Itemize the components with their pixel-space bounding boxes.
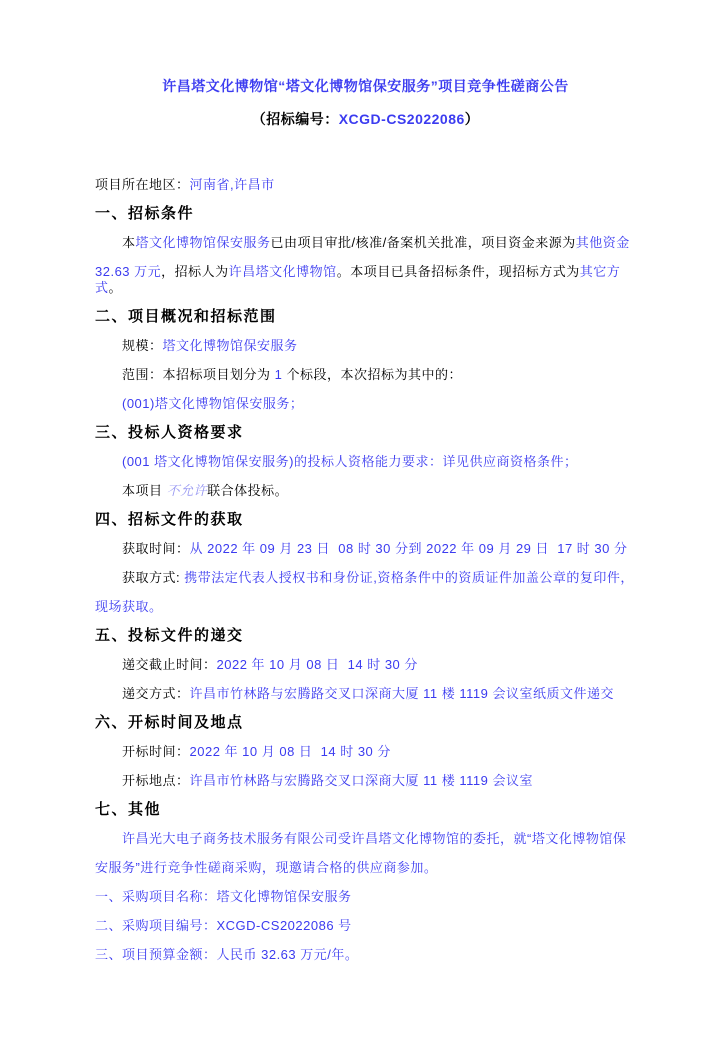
text-run: 其他资金 xyxy=(576,235,630,250)
budget-line: 三、项目预算金额：人民币 32.63 万元/年。 xyxy=(95,947,636,963)
text-run: 三、项目预算金额：人民币 32.63 万元/年。 xyxy=(95,947,358,962)
text-run: 获取方式: xyxy=(122,570,180,585)
text-run: ） xyxy=(465,111,480,127)
text-run: 递交方式： xyxy=(122,686,190,701)
announcement-page: 许昌塔文化博物馆“塔文化博物馆保安服务”项目竞争性磋商公告（招标编号：XCGD-… xyxy=(0,0,716,1037)
consortium-line: 本项目 不允许联合体投标。 xyxy=(95,483,636,499)
tender-number-line: （招标编号：XCGD-CS2022086） xyxy=(95,111,636,127)
text-run: (001 塔文化博物馆保安服务)的投标人资格能力要求：详见供应商资格条件； xyxy=(122,454,577,469)
obtain-method-line-1: 获取方式: 携带法定代表人授权书和身份证,资格条件中的资质证件加盖公章的复印件， xyxy=(95,570,636,586)
text-run: （招标编号： xyxy=(252,111,339,127)
scale-line: 规模：塔文化博物馆保安服务 xyxy=(95,338,636,354)
qualification-line: (001 塔文化博物馆保安服务)的投标人资格能力要求：详见供应商资格条件； xyxy=(95,454,636,470)
text-run: 许昌市竹林路与宏腾路交叉口深商大厦 11 楼 1119 会议室纸质文件递交 xyxy=(190,686,614,701)
text-run: 本 xyxy=(122,235,136,250)
submission-method-line: 递交方式：许昌市竹林路与宏腾路交叉口深商大厦 11 楼 1119 会议室纸质文件… xyxy=(95,686,636,702)
tender-conditions-line-1: 本塔文化博物馆保安服务已由项目审批/核准/备案机关批准，项目资金来源为其他资金 xyxy=(95,235,636,251)
text-run: 联合体投标。 xyxy=(207,483,288,498)
tender-conditions-line-2: 32.63 万元，招标人为许昌塔文化博物馆。本项目已具备招标条件，现招标方式为其… xyxy=(95,264,636,296)
text-run: 四、招标文件的获取 xyxy=(95,511,244,528)
section-heading-5: 五、投标文件的递交 xyxy=(95,628,636,644)
text-run: 许昌塔文化博物馆“塔文化博物馆保安服务”项目竞争性磋商公告 xyxy=(162,78,569,94)
text-run: 32.63 万元 xyxy=(95,264,161,279)
text-run: 范围：本招标项目划分为 xyxy=(122,367,275,382)
text-run: 规模： xyxy=(122,338,163,353)
text-run: 。 xyxy=(109,280,123,295)
purchase-number-line: 二、采购项目编号：XCGD-CS2022086 号 xyxy=(95,918,636,934)
lot-line: (001)塔文化博物馆保安服务； xyxy=(95,396,636,412)
text-run: 获取时间： xyxy=(122,541,190,556)
section-heading-2: 二、项目概况和招标范围 xyxy=(95,309,636,325)
text-run: 携带法定代表人授权书和身份证,资格条件中的资质证件加盖公章的复印件， xyxy=(180,570,634,585)
text-run: 安服务”进行竞争性磋商采购，现邀请合格的供应商参加。 xyxy=(95,860,437,875)
submission-deadline-line: 递交截止时间：2022 年 10 月 08 日 14 时 30 分 xyxy=(95,657,636,673)
bid-opening-time-line: 开标时间：2022 年 10 月 08 日 14 时 30 分 xyxy=(95,744,636,760)
section-heading-4: 四、招标文件的获取 xyxy=(95,512,636,528)
section-heading-1: 一、招标条件 xyxy=(95,206,636,222)
text-run: 项目所在地区： xyxy=(95,177,190,192)
spacer-after-header xyxy=(95,140,636,177)
text-run: 从 2022 年 09 月 23 日 08 时 30 分到 2022 年 09 … xyxy=(190,541,628,556)
text-run: 2022 年 10 月 08 日 14 时 30 分 xyxy=(190,744,391,759)
text-run: 现场获取。 xyxy=(95,599,163,614)
text-run: 河南省,许昌市 xyxy=(190,177,275,192)
obtain-method-line-2: 现场获取。 xyxy=(95,599,636,615)
text-run: 已由项目审批/核准/备案机关批准，项目资金来源为 xyxy=(271,235,576,250)
text-run: 本项目 xyxy=(122,483,167,498)
text-run: 二、采购项目编号：XCGD-CS2022086 号 xyxy=(95,918,352,933)
text-run: 许昌塔文化博物馆 xyxy=(229,264,337,279)
text-run: 2022 年 10 月 08 日 14 时 30 分 xyxy=(217,657,418,672)
text-run: 七、其他 xyxy=(95,801,161,818)
doc-title: 许昌塔文化博物馆“塔文化博物馆保安服务”项目竞争性磋商公告 xyxy=(95,78,636,94)
obtain-time-line: 获取时间：从 2022 年 09 月 23 日 08 时 30 分到 2022 … xyxy=(95,541,636,557)
purchase-name-line: 一、采购项目名称：塔文化博物馆保安服务 xyxy=(95,889,636,905)
bid-opening-place-line: 开标地点：许昌市竹林路与宏腾路交叉口深商大厦 11 楼 1119 会议室 xyxy=(95,773,636,789)
project-region-line: 项目所在地区：河南省,许昌市 xyxy=(95,177,636,193)
text-run: 许昌光大电子商务技术服务有限公司受许昌塔文化博物馆的委托，就“塔文化博物馆保 xyxy=(122,831,626,846)
text-run: 开标时间： xyxy=(122,744,190,759)
text-run: 不允许 xyxy=(167,483,208,498)
scope-line: 范围：本招标项目划分为 1 个标段，本次招标为其中的： xyxy=(95,367,636,383)
other-line-2: 安服务”进行竞争性磋商采购，现邀请合格的供应商参加。 xyxy=(95,860,636,876)
text-run: 一、招标条件 xyxy=(95,205,194,222)
text-run: 塔文化博物馆保安服务 xyxy=(136,235,271,250)
text-run: 三、投标人资格要求 xyxy=(95,424,244,441)
other-line-1: 许昌光大电子商务技术服务有限公司受许昌塔文化博物馆的委托，就“塔文化博物馆保 xyxy=(95,831,636,847)
text-run: 许昌市竹林路与宏腾路交叉口深商大厦 11 楼 1119 会议室 xyxy=(190,773,533,788)
text-run: 六、开标时间及地点 xyxy=(95,714,244,731)
text-run: ，招标人为 xyxy=(161,264,229,279)
text-run: 五、投标文件的递交 xyxy=(95,627,244,644)
section-heading-6: 六、开标时间及地点 xyxy=(95,715,636,731)
section-heading-3: 三、投标人资格要求 xyxy=(95,425,636,441)
text-run: 二、项目概况和招标范围 xyxy=(95,308,277,325)
text-run: (001)塔文化博物馆保安服务； xyxy=(122,396,303,411)
text-run: 塔文化博物馆保安服务 xyxy=(163,338,298,353)
text-run: 一、采购项目名称：塔文化博物馆保安服务 xyxy=(95,889,352,904)
text-run: 。本项目已具备招标条件，现招标方式为 xyxy=(337,264,580,279)
text-run: 个标段，本次招标为其中的： xyxy=(282,367,462,382)
document-body: 许昌塔文化博物馆“塔文化博物馆保安服务”项目竞争性磋商公告（招标编号：XCGD-… xyxy=(0,0,716,963)
text-run: 递交截止时间： xyxy=(122,657,217,672)
section-heading-7: 七、其他 xyxy=(95,802,636,818)
text-run: 开标地点： xyxy=(122,773,190,788)
text-run: XCGD-CS2022086 xyxy=(339,111,465,127)
